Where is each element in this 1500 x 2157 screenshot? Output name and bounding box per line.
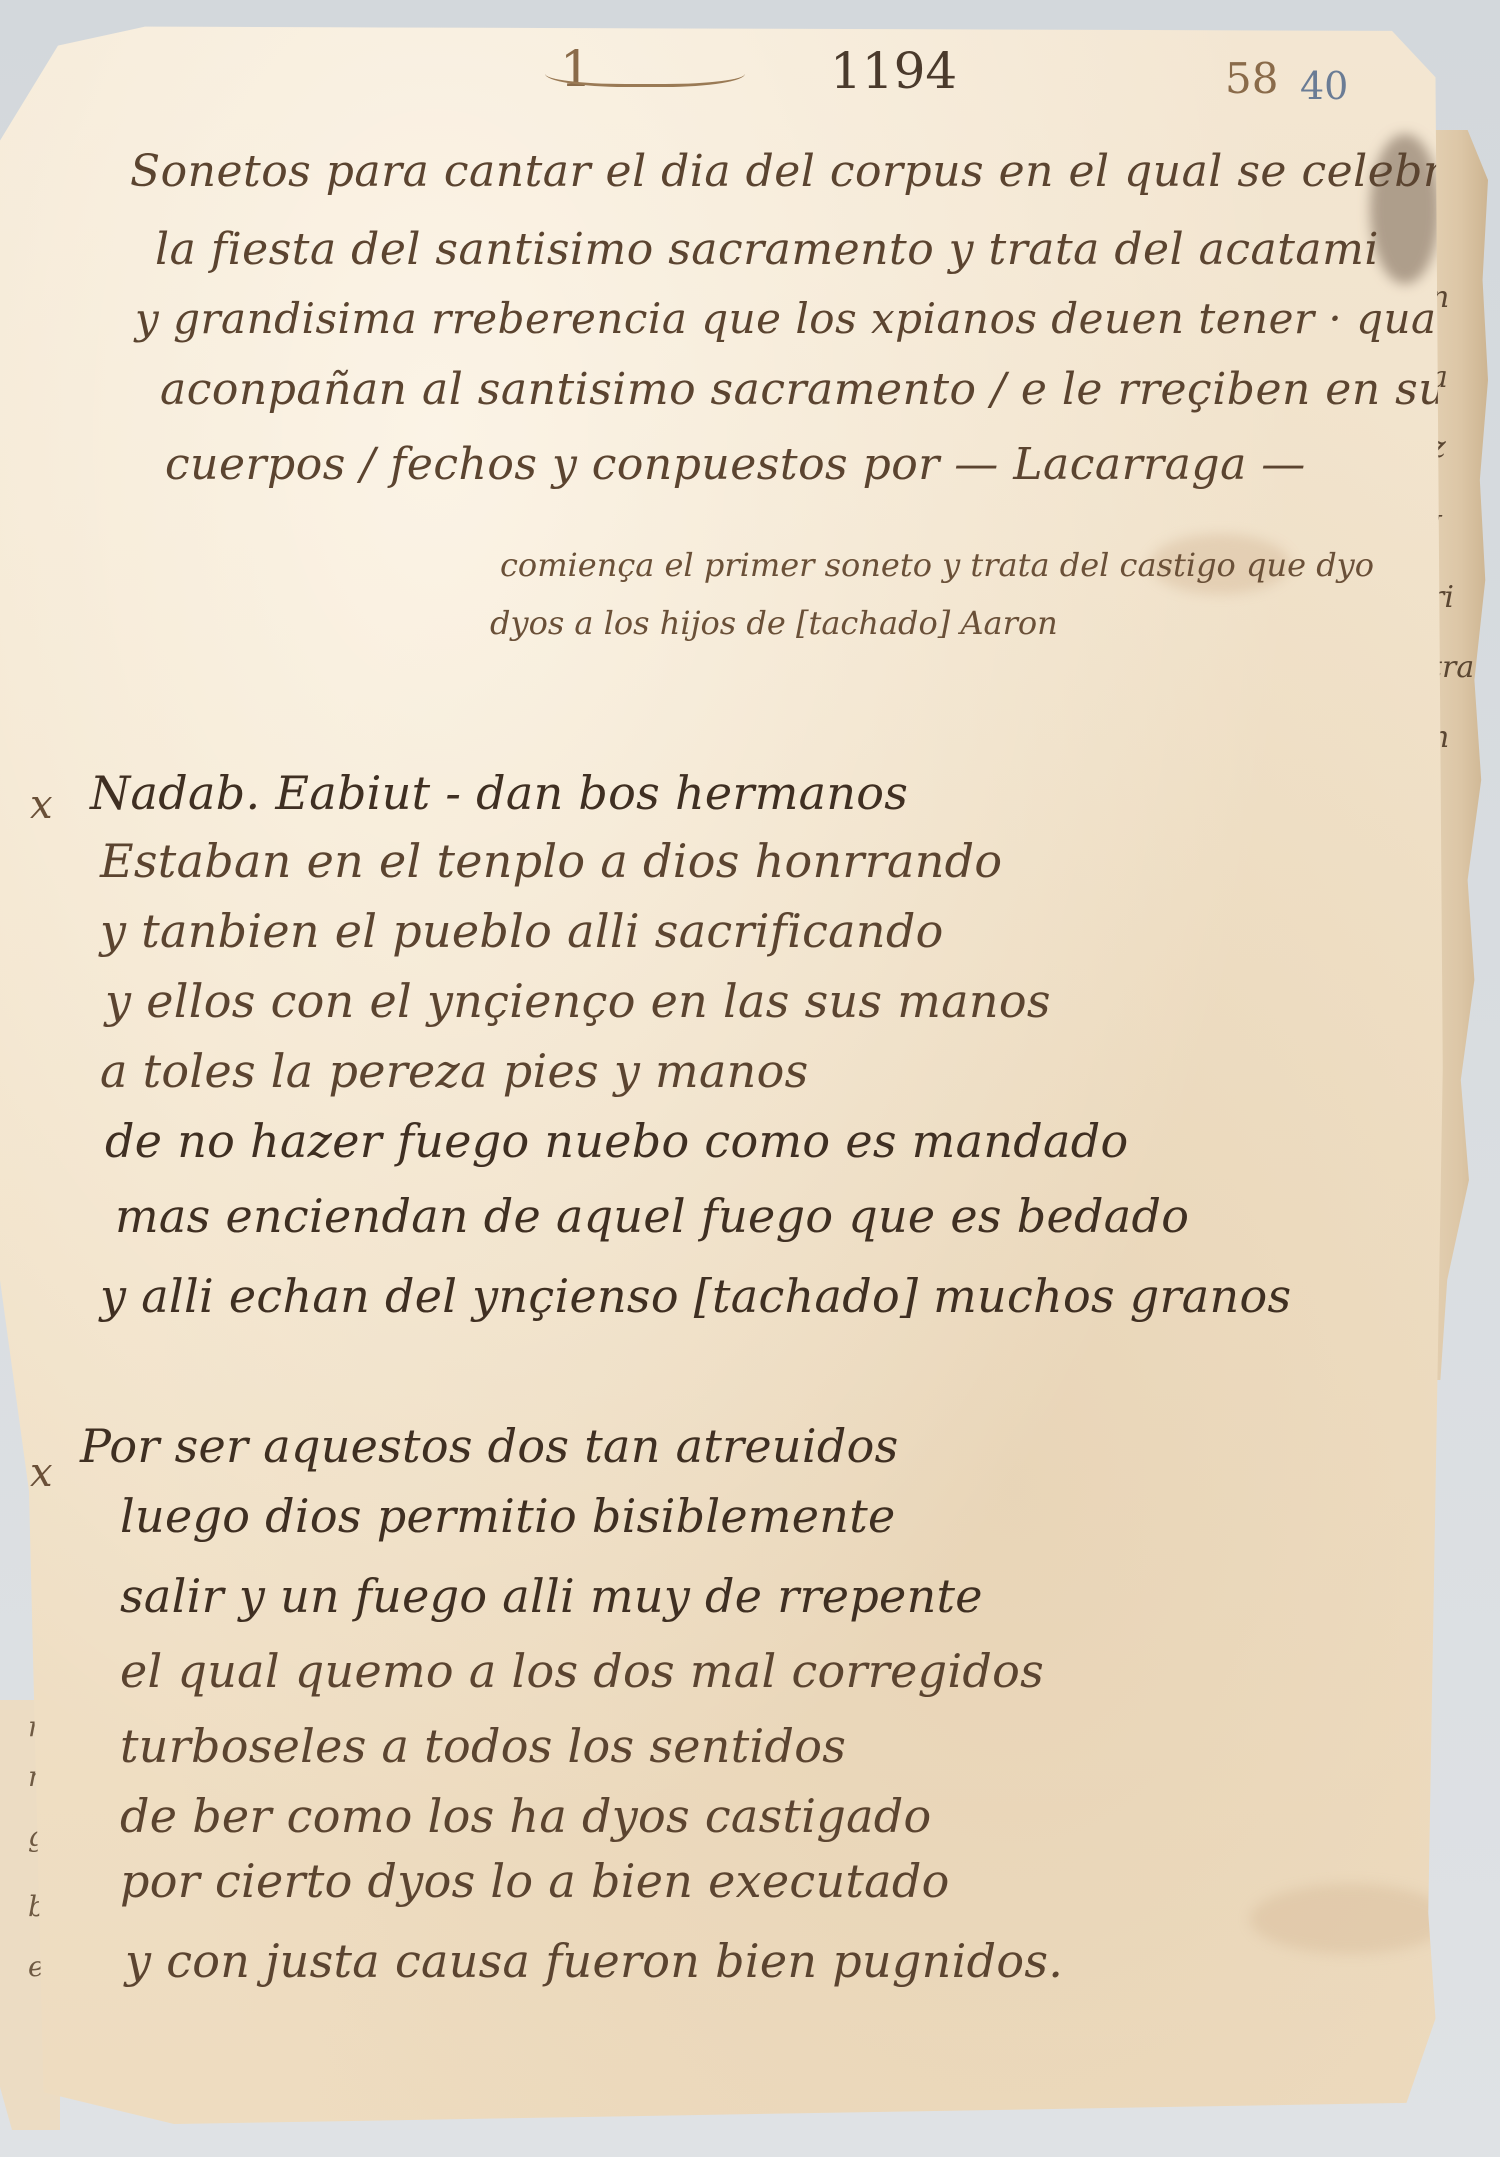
heading-line: cuerpos / fechos y conpuestos por — Laca… <box>165 439 1306 490</box>
verse-line: y ellos con el ynçienço en las sus manos <box>105 974 1051 1028</box>
verse-line: de ber como los ha dyos castigado <box>120 1789 932 1843</box>
verse-line: mas enciendan de aquel fuego que es beda… <box>115 1189 1189 1243</box>
heading-line: la fiesta del santisimo sacramento y tra… <box>155 224 1379 275</box>
verse-line: Estaban en el tenplo a dios honrrando <box>100 834 1002 888</box>
verse-marker: x <box>30 1450 53 1496</box>
heading-line: Sonetos para cantar el dia del corpus en… <box>130 146 1471 197</box>
heading-line: y grandisima rreberencia que los xpianos… <box>135 294 1492 343</box>
heading-line: aconpañan al santisimo sacramento / e le… <box>160 364 1470 415</box>
water-stain <box>1250 1884 1450 1954</box>
verse-line: Nadab. Eabiut - dan bos hermanos <box>90 766 908 820</box>
manuscript-scan: n a z I ri tra n r n g b e 1 1194 58 40 … <box>0 0 1500 2157</box>
verse-line: salir y un fuego alli muy de rrepente <box>120 1569 983 1623</box>
verse-marker: x <box>30 782 53 828</box>
folio-flourish <box>545 54 745 87</box>
verse-line: de no hazer fuego nuebo como es mandado <box>105 1114 1128 1168</box>
verse-line: a toles la pereza pies y manos <box>100 1044 809 1098</box>
verse-line: turboseles a todos los sentidos <box>120 1719 846 1773</box>
verse-line: y con justa causa fueron bien pugnidos. <box>125 1934 1063 1988</box>
verse-line: y tanbien el pueblo alli sacrificando <box>100 904 944 958</box>
folio-number: 1194 <box>830 42 957 100</box>
manuscript-page: 1 1194 58 40 Sonetos para cantar el dia … <box>0 14 1450 2124</box>
intro-line: dyos a los hijos de [tachado] Aaron <box>490 604 1058 642</box>
verse-line: por cierto dyos lo a bien executado <box>120 1854 950 1908</box>
verse-line: el qual quemo a los dos mal corregidos <box>120 1644 1044 1698</box>
verse-line: Por ser aquestos dos tan atreuidos <box>80 1419 899 1473</box>
verse-line: luego dios permitio bisiblemente <box>120 1489 896 1543</box>
intro-line: comiença el primer soneto y trata del ca… <box>500 546 1374 584</box>
folio-number-ink: 58 <box>1225 54 1278 103</box>
verse-line: y alli echan del ynçienso [tachado] much… <box>100 1269 1291 1323</box>
folio-number-pencil: 40 <box>1300 64 1348 108</box>
